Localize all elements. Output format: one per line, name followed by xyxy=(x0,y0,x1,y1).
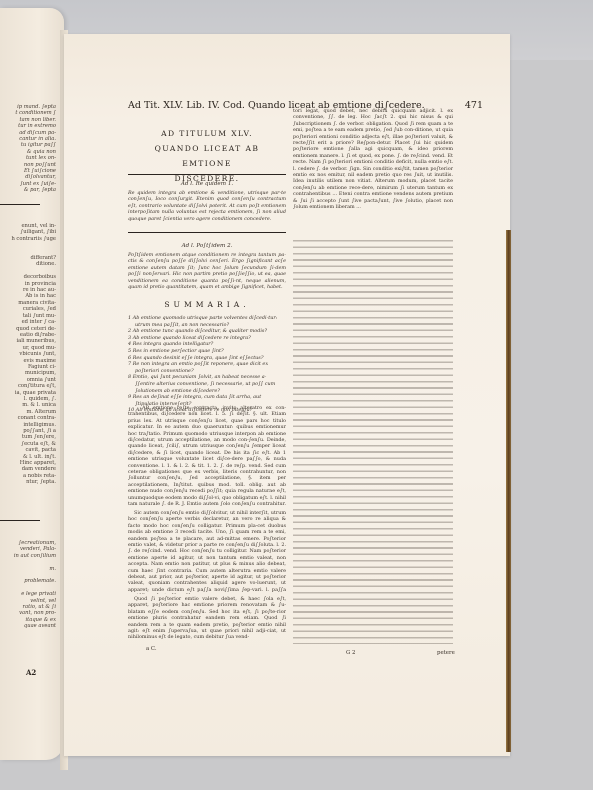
section-2-text: Po∫t∫idem emtionem atque conditionem re … xyxy=(128,252,286,296)
section-1-heading: Ad l. Re quidem 1. xyxy=(128,181,286,187)
page-edge-gilt xyxy=(506,230,511,752)
left-page-text-bottom: ∫ecreationum,venderi, Pala- in aut con∫i… xyxy=(0,540,56,630)
left-column-sig: a C. xyxy=(146,646,157,652)
summaria-item: 5 Res in emtione per∫ectior quae ∫int? xyxy=(128,348,286,355)
summaria-item: 8 Emtio, qui ∫unt pecuniam ∫olvit, an ha… xyxy=(128,374,286,394)
summaria-item: 2 Ab emtione tunc quando di∫ceditur, & q… xyxy=(128,328,286,335)
summaria-heading: SUMMARIA. xyxy=(132,300,282,309)
title-line-2: QUANDO LICEAT AB EMTIONE xyxy=(132,141,282,171)
left-page-rule-2 xyxy=(0,520,40,521)
left-facing-page: ip mand. ∫eptat conditionem ∫ tam non li… xyxy=(0,8,64,760)
body-text-left-2: Sic autem con∫en∫u emtio di∫∫olvitur, ut… xyxy=(128,510,286,594)
page-number: 471 xyxy=(465,100,483,111)
summaria-item: 6 Res quando desinit e∫∫e integra, quae … xyxy=(128,355,286,362)
summaria-item: 3 Ab emtione quando liceat di∫cedere re … xyxy=(128,335,286,342)
summaria-item: 1 Ab emtione quomodo utrisque parte volv… xyxy=(128,315,286,328)
left-page-rule xyxy=(0,204,40,205)
body-text-right-column-lines xyxy=(293,240,453,644)
title-block: AD TITULUM XLV. QUANDO LICEAT AB EMTIONE… xyxy=(132,126,282,186)
body-text-left-3: Quod ∫i po∫terior emtio valere debet, & … xyxy=(128,596,286,641)
section-1-text: Re quidem integra ab emtione & vendition… xyxy=(128,190,286,230)
left-page-text-top: ip mand. ∫eptat conditionem ∫ tam non li… xyxy=(0,104,56,194)
catchword: petere xyxy=(437,650,455,656)
title-line-1: AD TITULUM XLV. xyxy=(132,126,282,141)
left-page-text-mid: enunt, vel in-∫uiligant, ∫ibi h contrari… xyxy=(0,223,56,486)
summaria-item: 7 Re non integra an emtio po∫∫it reponer… xyxy=(128,361,286,374)
signature-mark: G 2 xyxy=(346,650,355,656)
title-rule xyxy=(128,174,286,175)
body-text-left-1: AB emtione re∫te contracta, invito alter… xyxy=(128,405,286,507)
summaria-item: 4 Res integra quando intelligatur? xyxy=(128,341,286,348)
left-signature-mark: A2 xyxy=(26,668,36,677)
section-rule xyxy=(128,232,286,233)
section-2-heading: Ad l. Po∫t∫idem 2. xyxy=(128,243,286,249)
summaria-list: 1 Ab emtione quomodo utrisque parte volv… xyxy=(128,315,286,414)
